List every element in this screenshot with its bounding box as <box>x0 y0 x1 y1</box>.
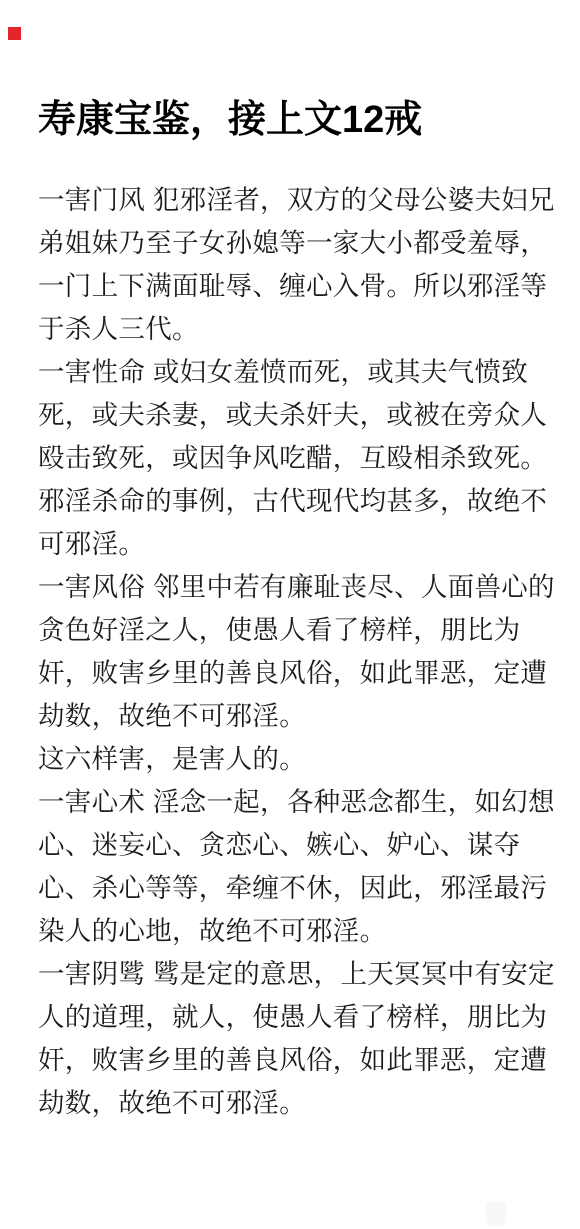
paragraph-six-harms-note: 这六样害，是害人的。 <box>38 738 580 781</box>
faint-watermark <box>486 1202 506 1226</box>
paragraph-harm-hidden-virtue: 一害阴骘 骘是定的意思，上天冥冥中有安定 人的道理，就人，使愚人看了榜样，朋比为… <box>38 953 580 1125</box>
paragraph-harm-customs: 一害风俗 邻里中若有廉耻丧尽、人面兽心的 贪色好淫之人，使愚人看了榜样，朋比为 … <box>38 566 580 738</box>
paragraph-harm-life: 一害性命 或妇女羞愤而死，或其夫气愤致 死，或夫杀妻，或夫杀奸夫，或被在旁众人 … <box>38 351 580 566</box>
recording-indicator-icon <box>8 27 21 40</box>
article-body: 一害门风 犯邪淫者，双方的父母公婆夫妇兄 弟姐妹乃至子女孙媳等一家大小都受羞辱，… <box>0 179 580 1125</box>
article-page: 寿康宝鉴，接上文12戒 一害门风 犯邪淫者，双方的父母公婆夫妇兄 弟姐妹乃至子女… <box>0 0 580 1229</box>
paragraph-harm-mind: 一害心术 淫念一起，各种恶念都生，如幻想 心、迷妄心、贪恋心、嫉心、妒心、谋夺 … <box>38 781 580 953</box>
page-title: 寿康宝鉴，接上文12戒 <box>0 97 580 143</box>
paragraph-harm-family-honor: 一害门风 犯邪淫者，双方的父母公婆夫妇兄 弟姐妹乃至子女孙媳等一家大小都受羞辱，… <box>38 179 580 351</box>
